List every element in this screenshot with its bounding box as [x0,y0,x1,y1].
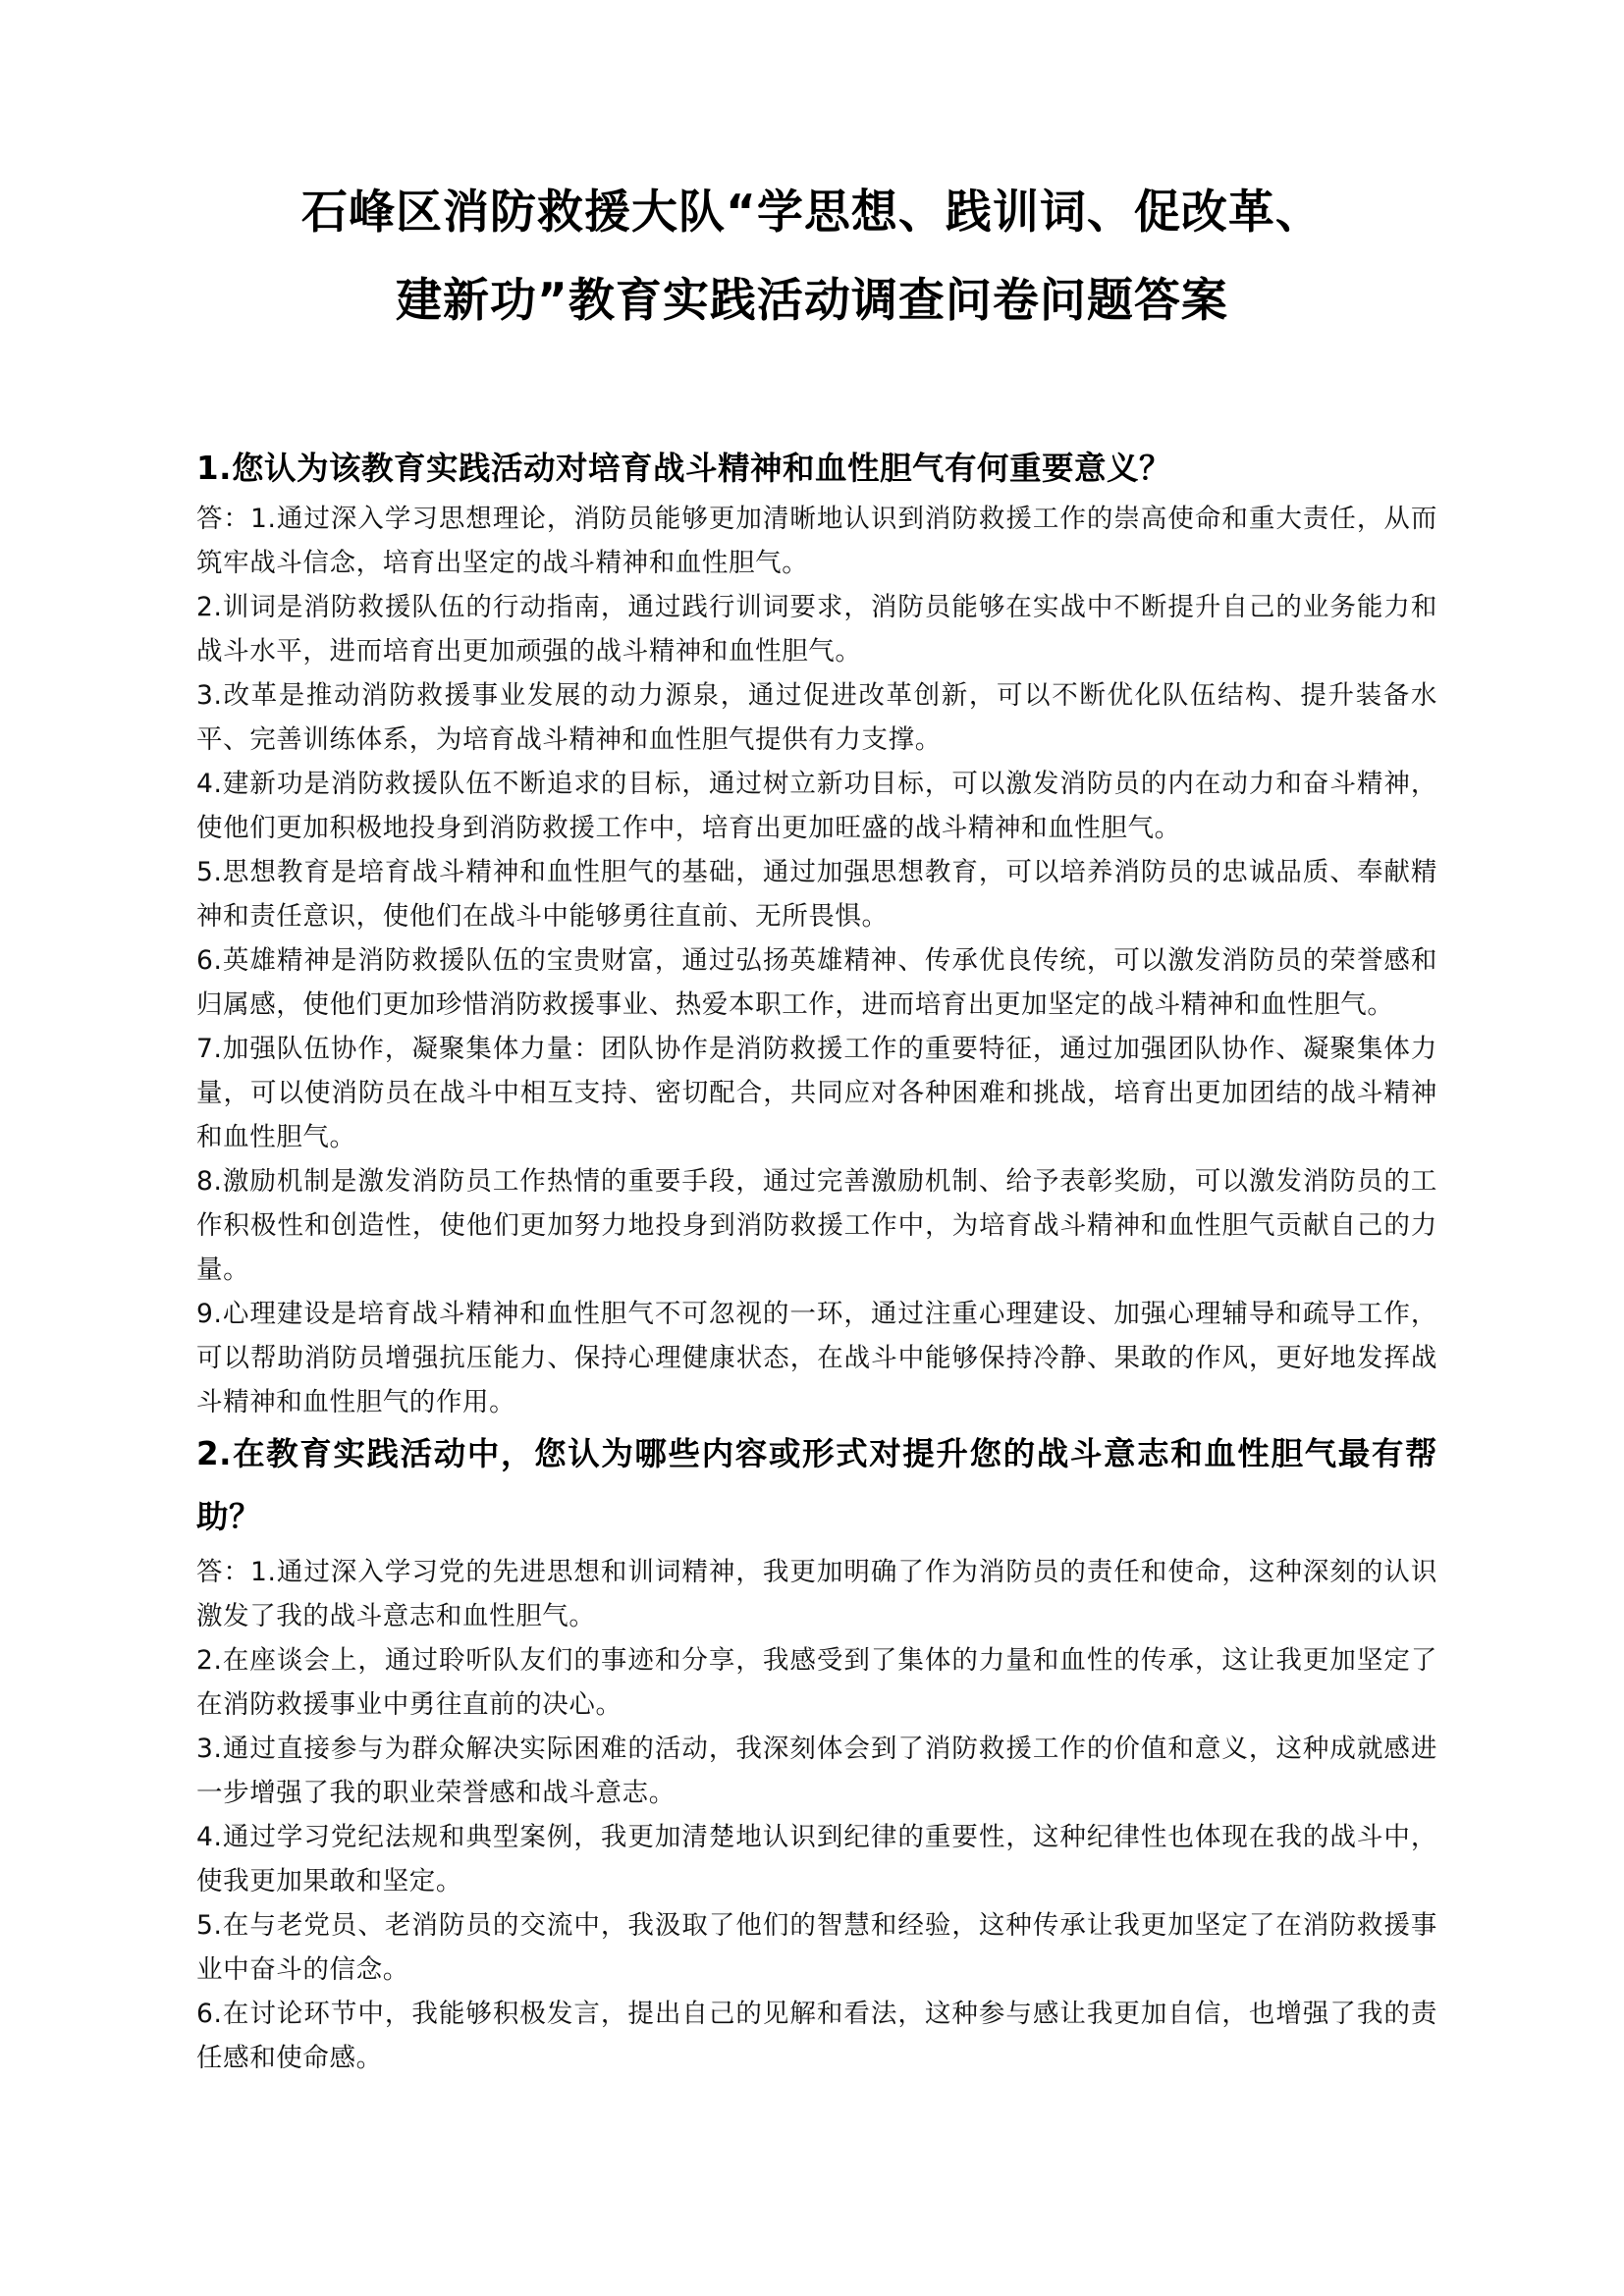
answer-paragraph: 8.激励机制是激发消防员工作热情的重要手段，通过完善激励机制、给予表彰奖励，可以… [196,1159,1437,1292]
document-body: 1.您认为该教育实践活动对培育战斗精神和血性胆气有何重要意义？ 答：1.通过深入… [196,440,1437,2080]
answer-paragraph: 答：1.通过深入学习思想理论，消防员能够更加清晰地认识到消防救援工作的崇高使命和… [196,497,1437,585]
answer-paragraph: 答：1.通过深入学习党的先进思想和训词精神，我更加明确了作为消防员的责任和使命，… [196,1550,1437,1638]
answer-prefix: 答： [196,1557,250,1587]
answer-paragraph: 3.改革是推动消防救援事业发展的动力源泉，通过促进改革创新，可以不断优化队伍结构… [196,673,1437,762]
answer-text: 1.通过深入学习思想理论，消防员能够更加清晰地认识到消防救援工作的崇高使命和重大… [196,504,1437,578]
answer-paragraph: 9.心理建设是培育战斗精神和血性胆气不可忽视的一环，通过注重心理建设、加强心理辅… [196,1292,1437,1424]
answer-prefix: 答： [196,504,250,534]
document-page: 石峰区消防救援大队“学思想、践训词、促改革、 建新功”教育实践活动调查问卷问题答… [0,0,1624,2296]
answer-paragraph: 4.通过学习党纪法规和典型案例，我更加清楚地认识到纪律的重要性，这种纪律性也体现… [196,1815,1437,1903]
answer-paragraph: 2.在座谈会上，通过聆听队友们的事迹和分享，我感受到了集体的力量和血性的传承，这… [196,1638,1437,1727]
answer-paragraph: 5.思想教育是培育战斗精神和血性胆气的基础，通过加强思想教育，可以培养消防员的忠… [196,850,1437,938]
answer-paragraph: 5.在与老党员、老消防员的交流中，我汲取了他们的智慧和经验，这种传承让我更加坚定… [196,1903,1437,1992]
question-section-2: 2.在教育实践活动中，您认为哪些内容或形式对提升您的战斗意志和血性胆气最有帮助？… [196,1422,1437,2080]
question-heading: 2.在教育实践活动中，您认为哪些内容或形式对提升您的战斗意志和血性胆气最有帮助？ [196,1422,1437,1548]
answer-paragraph: 3.通过直接参与为群众解决实际困难的活动，我深刻体会到了消防救援工作的价值和意义… [196,1727,1437,1815]
answer-text: 1.通过深入学习党的先进思想和训词精神，我更加明确了作为消防员的责任和使命，这种… [196,1557,1437,1631]
question-section-1: 1.您认为该教育实践活动对培育战斗精神和血性胆气有何重要意义？ 答：1.通过深入… [196,440,1437,1424]
answer-paragraph: 6.英雄精神是消防救援队伍的宝贵财富，通过弘扬英雄精神、传承优良传统，可以激发消… [196,938,1437,1027]
answer-paragraph: 7.加强队伍协作，凝聚集体力量：团队协作是消防救援工作的重要特征，通过加强团队协… [196,1027,1437,1159]
answer-paragraph: 2.训词是消防救援队伍的行动指南，通过践行训词要求，消防员能够在实战中不断提升自… [196,585,1437,673]
title-line-1: 石峰区消防救援大队“学思想、践训词、促改革、 [177,169,1447,257]
answer-paragraph: 6.在讨论环节中，我能够积极发言，提出自己的见解和看法，这种参与感让我更加自信，… [196,1992,1437,2080]
title-line-2: 建新功”教育实践活动调查问卷问题答案 [177,257,1447,346]
answer-paragraph: 4.建新功是消防救援队伍不断追求的目标，通过树立新功目标，可以激发消防员的内在动… [196,762,1437,850]
document-title: 石峰区消防救援大队“学思想、践训词、促改革、 建新功”教育实践活动调查问卷问题答… [177,169,1447,346]
question-heading: 1.您认为该教育实践活动对培育战斗精神和血性胆气有何重要意义？ [196,440,1437,497]
